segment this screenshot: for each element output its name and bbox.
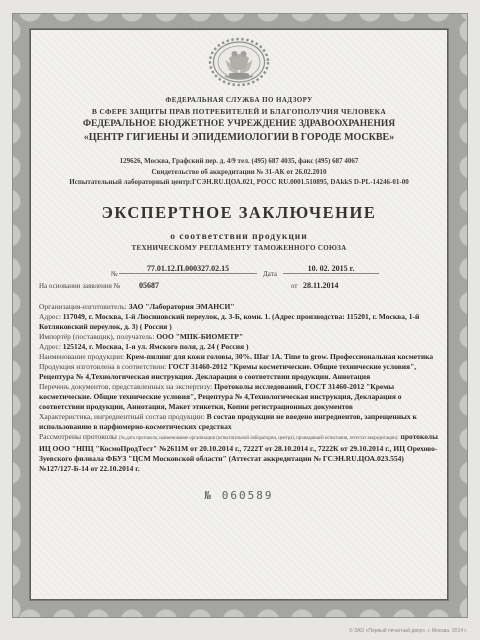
serial-number: № 060589 [39, 489, 439, 502]
field-product-name-label: Наименование продукции: [39, 352, 124, 361]
field-manufacturer-address-value: 117049, г. Москва, 1-й Люсиновский переу… [39, 312, 419, 331]
border-wave-right [448, 14, 467, 617]
application-from-label: от [291, 282, 297, 290]
registration-block: № 77.01.12.П.000327.02.15 Дата 10. 02. 2… [39, 264, 439, 302]
field-manufactured-per-label: Продукция изготовлена в соответствии: [39, 362, 166, 371]
reg-date-label: Дата [263, 270, 277, 278]
header-address: 129626, Москва, Графский пер. д. 4/9 тел… [39, 156, 439, 167]
rospotrebnadzor-seal-icon [207, 36, 271, 92]
border-wave-bottom [13, 598, 467, 617]
protocols-label: Рассмотрены протоколы [39, 432, 117, 441]
header-institution-line2: «ЦЕНТР ГИГИЕНЫ И ЭПИДЕМИОЛОГИИ В ГОРОДЕ … [39, 131, 439, 145]
protocols-paragraph: Рассмотрены протоколы (№,дата протокола,… [39, 432, 439, 474]
field-importer-value: ООО "МПК-БИОМЕТР" [156, 332, 243, 341]
field-importer-label: Импортёр (поставщик), получатель: [39, 332, 154, 341]
document-title: ЭКСПЕРТНОЕ ЗАКЛЮЧЕНИЕ [39, 203, 439, 223]
field-manufactured-per: Продукция изготовлена в соответствии: ГО… [39, 362, 439, 382]
field-importer: Импортёр (поставщик), получатель: ООО "М… [39, 332, 439, 342]
application-number: 05687 [139, 281, 159, 290]
header-lab-center: Испытательный лабораторный центр:ГСЭН.RU… [39, 177, 439, 188]
application-date: 28.11.2014 [303, 281, 339, 290]
field-product-name: Наименование продукции: Крем-пилинг для … [39, 352, 439, 362]
certificate-paper: ФЕДЕРАЛЬНАЯ СЛУЖБА ПО НАДЗОРУ В СФЕРЕ ЗА… [30, 29, 448, 600]
application-basis-label: На основании заявления № [39, 282, 120, 290]
scanned-certificate-page: { "emblem": {"name": "rospotrebnadzor-ov… [0, 0, 480, 640]
field-manufacturer-label: Организация-изготовитель: [39, 302, 127, 311]
reg-number-sign: № [111, 270, 118, 278]
reg-number: 77.01.12.П.000327.02.15 [119, 264, 257, 274]
header-service-line2: В СФЕРЕ ЗАЩИТЫ ПРАВ ПОТРЕБИТЕЛЕЙ И БЛАГО… [39, 106, 439, 117]
document-subtitle-1: о соответствии продукции [39, 232, 439, 242]
field-documents-list-label: Перечень документов, представленных на э… [39, 382, 212, 391]
header-accreditation: Свидетельство об аккредитации № 31-АК от… [39, 167, 439, 178]
print-house-copyright: © ЗАО «Первый печатный двор», г. Москва,… [349, 628, 467, 634]
field-manufacturer-value: ЗАО "Лаборатория ЭМАНСИ" [129, 302, 235, 311]
field-composition-label: Характеристика, ингредиентный состав про… [39, 412, 205, 421]
field-importer-address-value: 125124, г. Москва, 1-я ул. Ямского поля,… [63, 342, 249, 351]
header-service-line1: ФЕДЕРАЛЬНАЯ СЛУЖБА ПО НАДЗОРУ [39, 95, 439, 106]
field-manufacturer: Организация-изготовитель: ЗАО "Лаборатор… [39, 302, 439, 312]
reg-date: 10. 02. 2015 г. [283, 264, 379, 274]
field-importer-address-label: Адрес: [39, 342, 61, 351]
document-subtitle-2: ТЕХНИЧЕСКОМУ РЕГЛАМЕНТУ ТАМОЖЕННОГО СОЮЗ… [39, 244, 439, 252]
field-manufacturer-address: Адрес: 117049, г. Москва, 1-й Люсиновски… [39, 312, 439, 332]
field-manufacturer-address-label: Адрес: [39, 312, 61, 321]
header-institution-line1: ФЕДЕРАЛЬНОЕ БЮДЖЕТНОЕ УЧРЕЖДЕНИЕ ЗДРАВОО… [39, 118, 439, 131]
protocols-note: (№,дата протокола, наименование организа… [119, 436, 399, 441]
header-contact-block: 129626, Москва, Графский пер. д. 4/9 тел… [39, 156, 439, 188]
field-importer-address: Адрес: 125124, г. Москва, 1-я ул. Ямског… [39, 342, 439, 352]
field-documents-list: Перечень документов, представленных на э… [39, 382, 439, 412]
field-composition: Характеристика, ингредиентный состав про… [39, 412, 439, 432]
field-product-name-value: Крем-пилинг для кожи головы, 30%. Шаг 1А… [126, 352, 433, 361]
